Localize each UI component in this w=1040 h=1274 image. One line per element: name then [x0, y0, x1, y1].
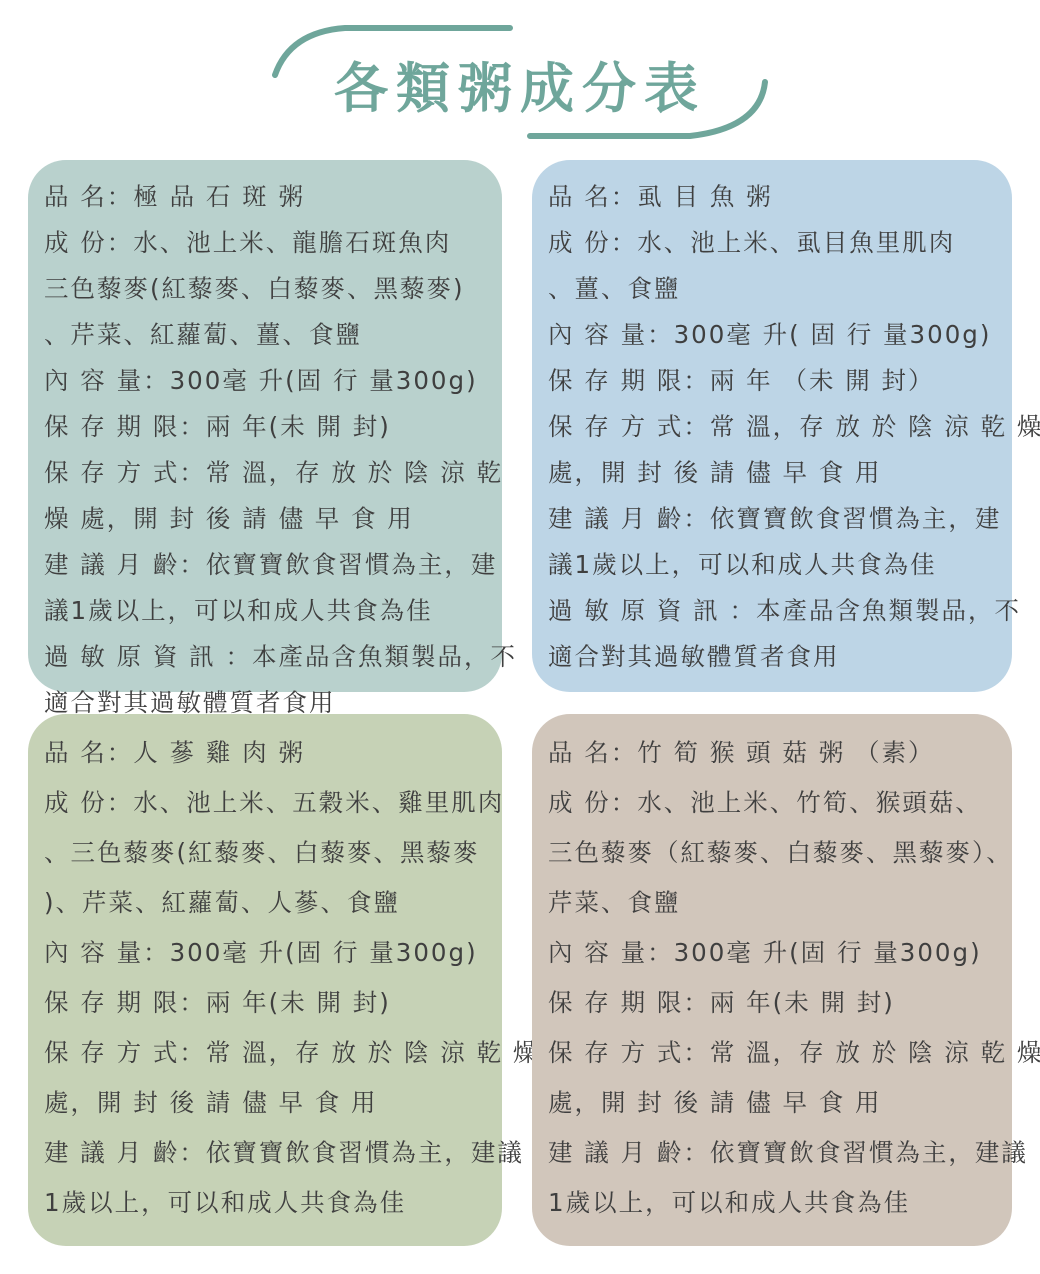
- card-line-ingredients: 芹菜、食鹽: [548, 878, 996, 928]
- page-header: 各類粥成分表: [0, 0, 1040, 150]
- product-card-milkfish-congee: 品 名：虱 目 魚 粥 成 份：水、池上米、虱目魚里肌肉 、薑、食鹽 內 容 量…: [532, 160, 1012, 692]
- card-line-recommended-age: 1歲以上，可以和成人共食為佳: [44, 1178, 486, 1228]
- card-line-net-content: 內 容 量：300毫 升(固 行 量300g): [44, 928, 486, 978]
- card-line-shelf-life: 保 存 期 限：兩 年(未 開 封): [548, 978, 996, 1028]
- card-line-recommended-age: 建 議 月 齡：依寶寶飲食習慣為主，建: [44, 542, 486, 588]
- card-line-storage: 處，開 封 後 請 儘 早 食 用: [44, 1078, 486, 1128]
- card-line-storage: 處，開 封 後 請 儘 早 食 用: [548, 1078, 996, 1128]
- card-line-shelf-life: 保 存 期 限：兩 年(未 開 封): [44, 404, 486, 450]
- card-line-name: 品 名：人 蔘 雞 肉 粥: [44, 728, 486, 778]
- card-line-net-content: 內 容 量：300毫 升(固 行 量300g): [44, 358, 486, 404]
- card-line-ingredients: 成 份：水、池上米、竹筍、猴頭菇、: [548, 778, 996, 828]
- card-line-allergen: 適合對其過敏體質者食用: [548, 634, 996, 680]
- card-line-recommended-age: 議1歲以上，可以和成人共食為佳: [44, 588, 486, 634]
- card-line-ingredients: 三色藜麥(紅藜麥、白藜麥、黑藜麥): [44, 266, 486, 312]
- card-line-ingredients: )、芹菜、紅蘿蔔、人蔘、食鹽: [44, 878, 486, 928]
- card-line-ingredients: 、薑、食鹽: [548, 266, 996, 312]
- card-line-net-content: 內 容 量：300毫 升( 固 行 量300g): [548, 312, 996, 358]
- card-line-ingredients: 、芹菜、紅蘿蔔、薑、食鹽: [44, 312, 486, 358]
- card-line-allergen: 過 敏 原 資 訊 ：本產品含魚類製品，不: [44, 634, 486, 680]
- card-line-recommended-age: 建 議 月 齡：依寶寶飲食習慣為主，建議: [548, 1128, 996, 1178]
- card-line-name: 品 名：竹 筍 猴 頭 菇 粥 （素）: [548, 728, 996, 778]
- card-line-storage: 燥 處，開 封 後 請 儘 早 食 用: [44, 496, 486, 542]
- card-line-allergen: 過 敏 原 資 訊 ：本產品含魚類製品，不: [548, 588, 996, 634]
- card-line-shelf-life: 保 存 期 限：兩 年 （未 開 封）: [548, 358, 996, 404]
- card-line-recommended-age: 1歲以上，可以和成人共食為佳: [548, 1178, 996, 1228]
- card-line-name: 品 名：虱 目 魚 粥: [548, 174, 996, 220]
- page-title: 各類粥成分表: [0, 46, 1040, 123]
- card-line-shelf-life: 保 存 期 限：兩 年(未 開 封): [44, 978, 486, 1028]
- card-line-ingredients: 成 份：水、池上米、虱目魚里肌肉: [548, 220, 996, 266]
- card-line-storage: 保 存 方 式：常 溫，存 放 於 陰 涼 乾: [44, 450, 486, 496]
- card-line-storage: 保 存 方 式：常 溫，存 放 於 陰 涼 乾 燥: [548, 404, 996, 450]
- product-card-ginseng-chicken-congee: 品 名：人 蔘 雞 肉 粥 成 份：水、池上米、五穀米、雞里肌肉 、三色藜麥(紅…: [28, 714, 502, 1246]
- product-card-bamboo-mushroom-congee: 品 名：竹 筍 猴 頭 菇 粥 （素） 成 份：水、池上米、竹筍、猴頭菇、 三色…: [532, 714, 1012, 1246]
- card-line-ingredients: 、三色藜麥(紅藜麥、白藜麥、黑藜麥: [44, 828, 486, 878]
- card-line-ingredients: 成 份：水、池上米、龍膽石斑魚肉: [44, 220, 486, 266]
- card-line-name: 品 名：極 品 石 斑 粥: [44, 174, 486, 220]
- card-line-recommended-age: 建 議 月 齡：依寶寶飲食習慣為主，建議: [44, 1128, 486, 1178]
- card-line-storage: 保 存 方 式：常 溫，存 放 於 陰 涼 乾 燥}: [548, 1028, 996, 1078]
- card-line-recommended-age: 建 議 月 齡：依寶寶飲食習慣為主，建: [548, 496, 996, 542]
- product-card-grouper-congee: 品 名：極 品 石 斑 粥 成 份：水、池上米、龍膽石斑魚肉 三色藜麥(紅藜麥、…: [28, 160, 502, 692]
- card-line-recommended-age: 議1歲以上，可以和成人共食為佳: [548, 542, 996, 588]
- card-line-storage: 處，開 封 後 請 儘 早 食 用: [548, 450, 996, 496]
- card-line-storage: 保 存 方 式：常 溫，存 放 於 陰 涼 乾 燥: [44, 1028, 486, 1078]
- card-line-net-content: 內 容 量：300毫 升(固 行 量300g): [548, 928, 996, 978]
- card-line-ingredients: 三色藜麥（紅藜麥、白藜麥、黑藜麥）、: [548, 828, 996, 878]
- card-line-ingredients: 成 份：水、池上米、五穀米、雞里肌肉: [44, 778, 486, 828]
